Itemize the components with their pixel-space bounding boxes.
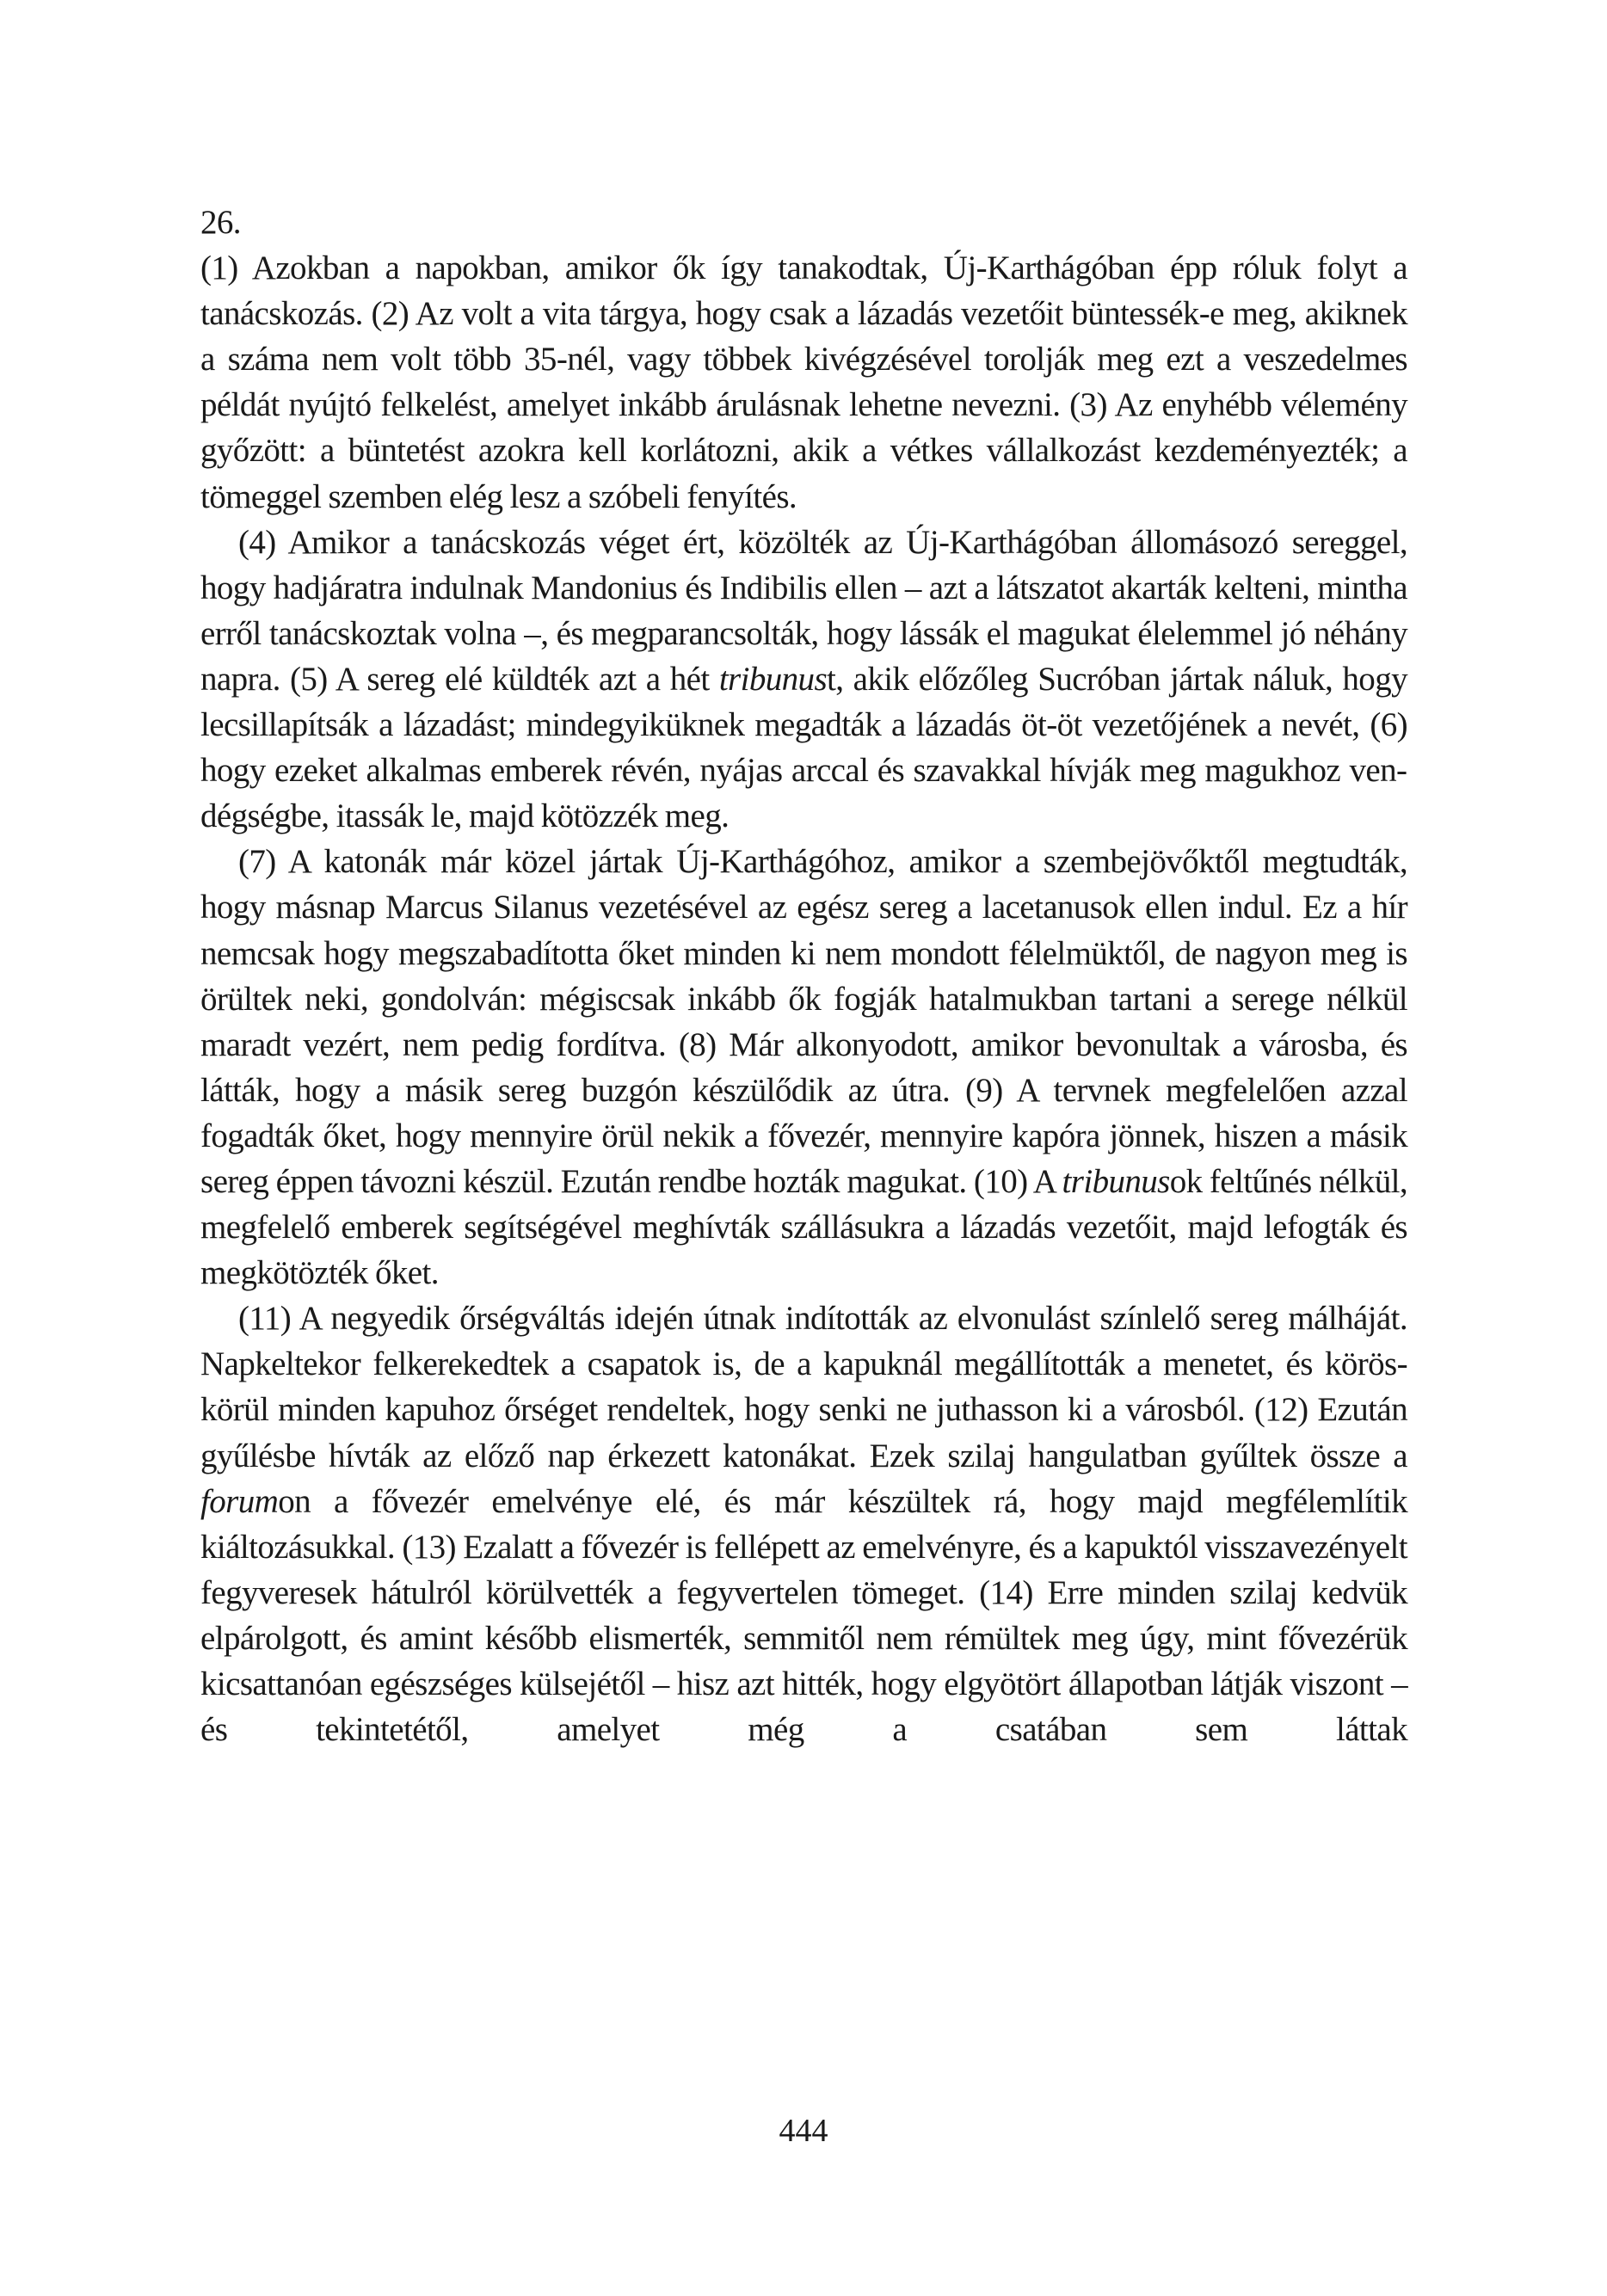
paragraph-text: (11) A negyedik őrségváltás idején útnak… (200, 1300, 1407, 1474)
paragraph-2: (4) Amikor a tanácskozás véget ért, közö… (200, 520, 1407, 840)
paragraph-text: on a fővezér emelvénye elé, és már készü… (200, 1483, 1407, 1748)
paragraph-1: (1) Azokban a napokban, amikor ők így ta… (200, 245, 1407, 520)
page-number: 444 (0, 2109, 1607, 2152)
chapter-number: 26. (200, 200, 1407, 245)
page-body: 26. (1) Azokban a napokban, amikor ők íg… (200, 200, 1407, 1752)
italic-term: tribunus (719, 661, 827, 698)
paragraph-3: (7) A katonák már közel jártak Új-Karthá… (200, 839, 1407, 1296)
italic-term: tribunus (1062, 1163, 1170, 1200)
paragraph-4: (11) A negyedik őrségváltás idején útnak… (200, 1296, 1407, 1752)
italic-term: forum (200, 1483, 278, 1520)
paragraph-text: (1) Azokban a napokban, amikor ők így ta… (200, 249, 1407, 514)
paragraph-text: (7) A katonák már közel jártak Új-Karthá… (200, 843, 1407, 1200)
